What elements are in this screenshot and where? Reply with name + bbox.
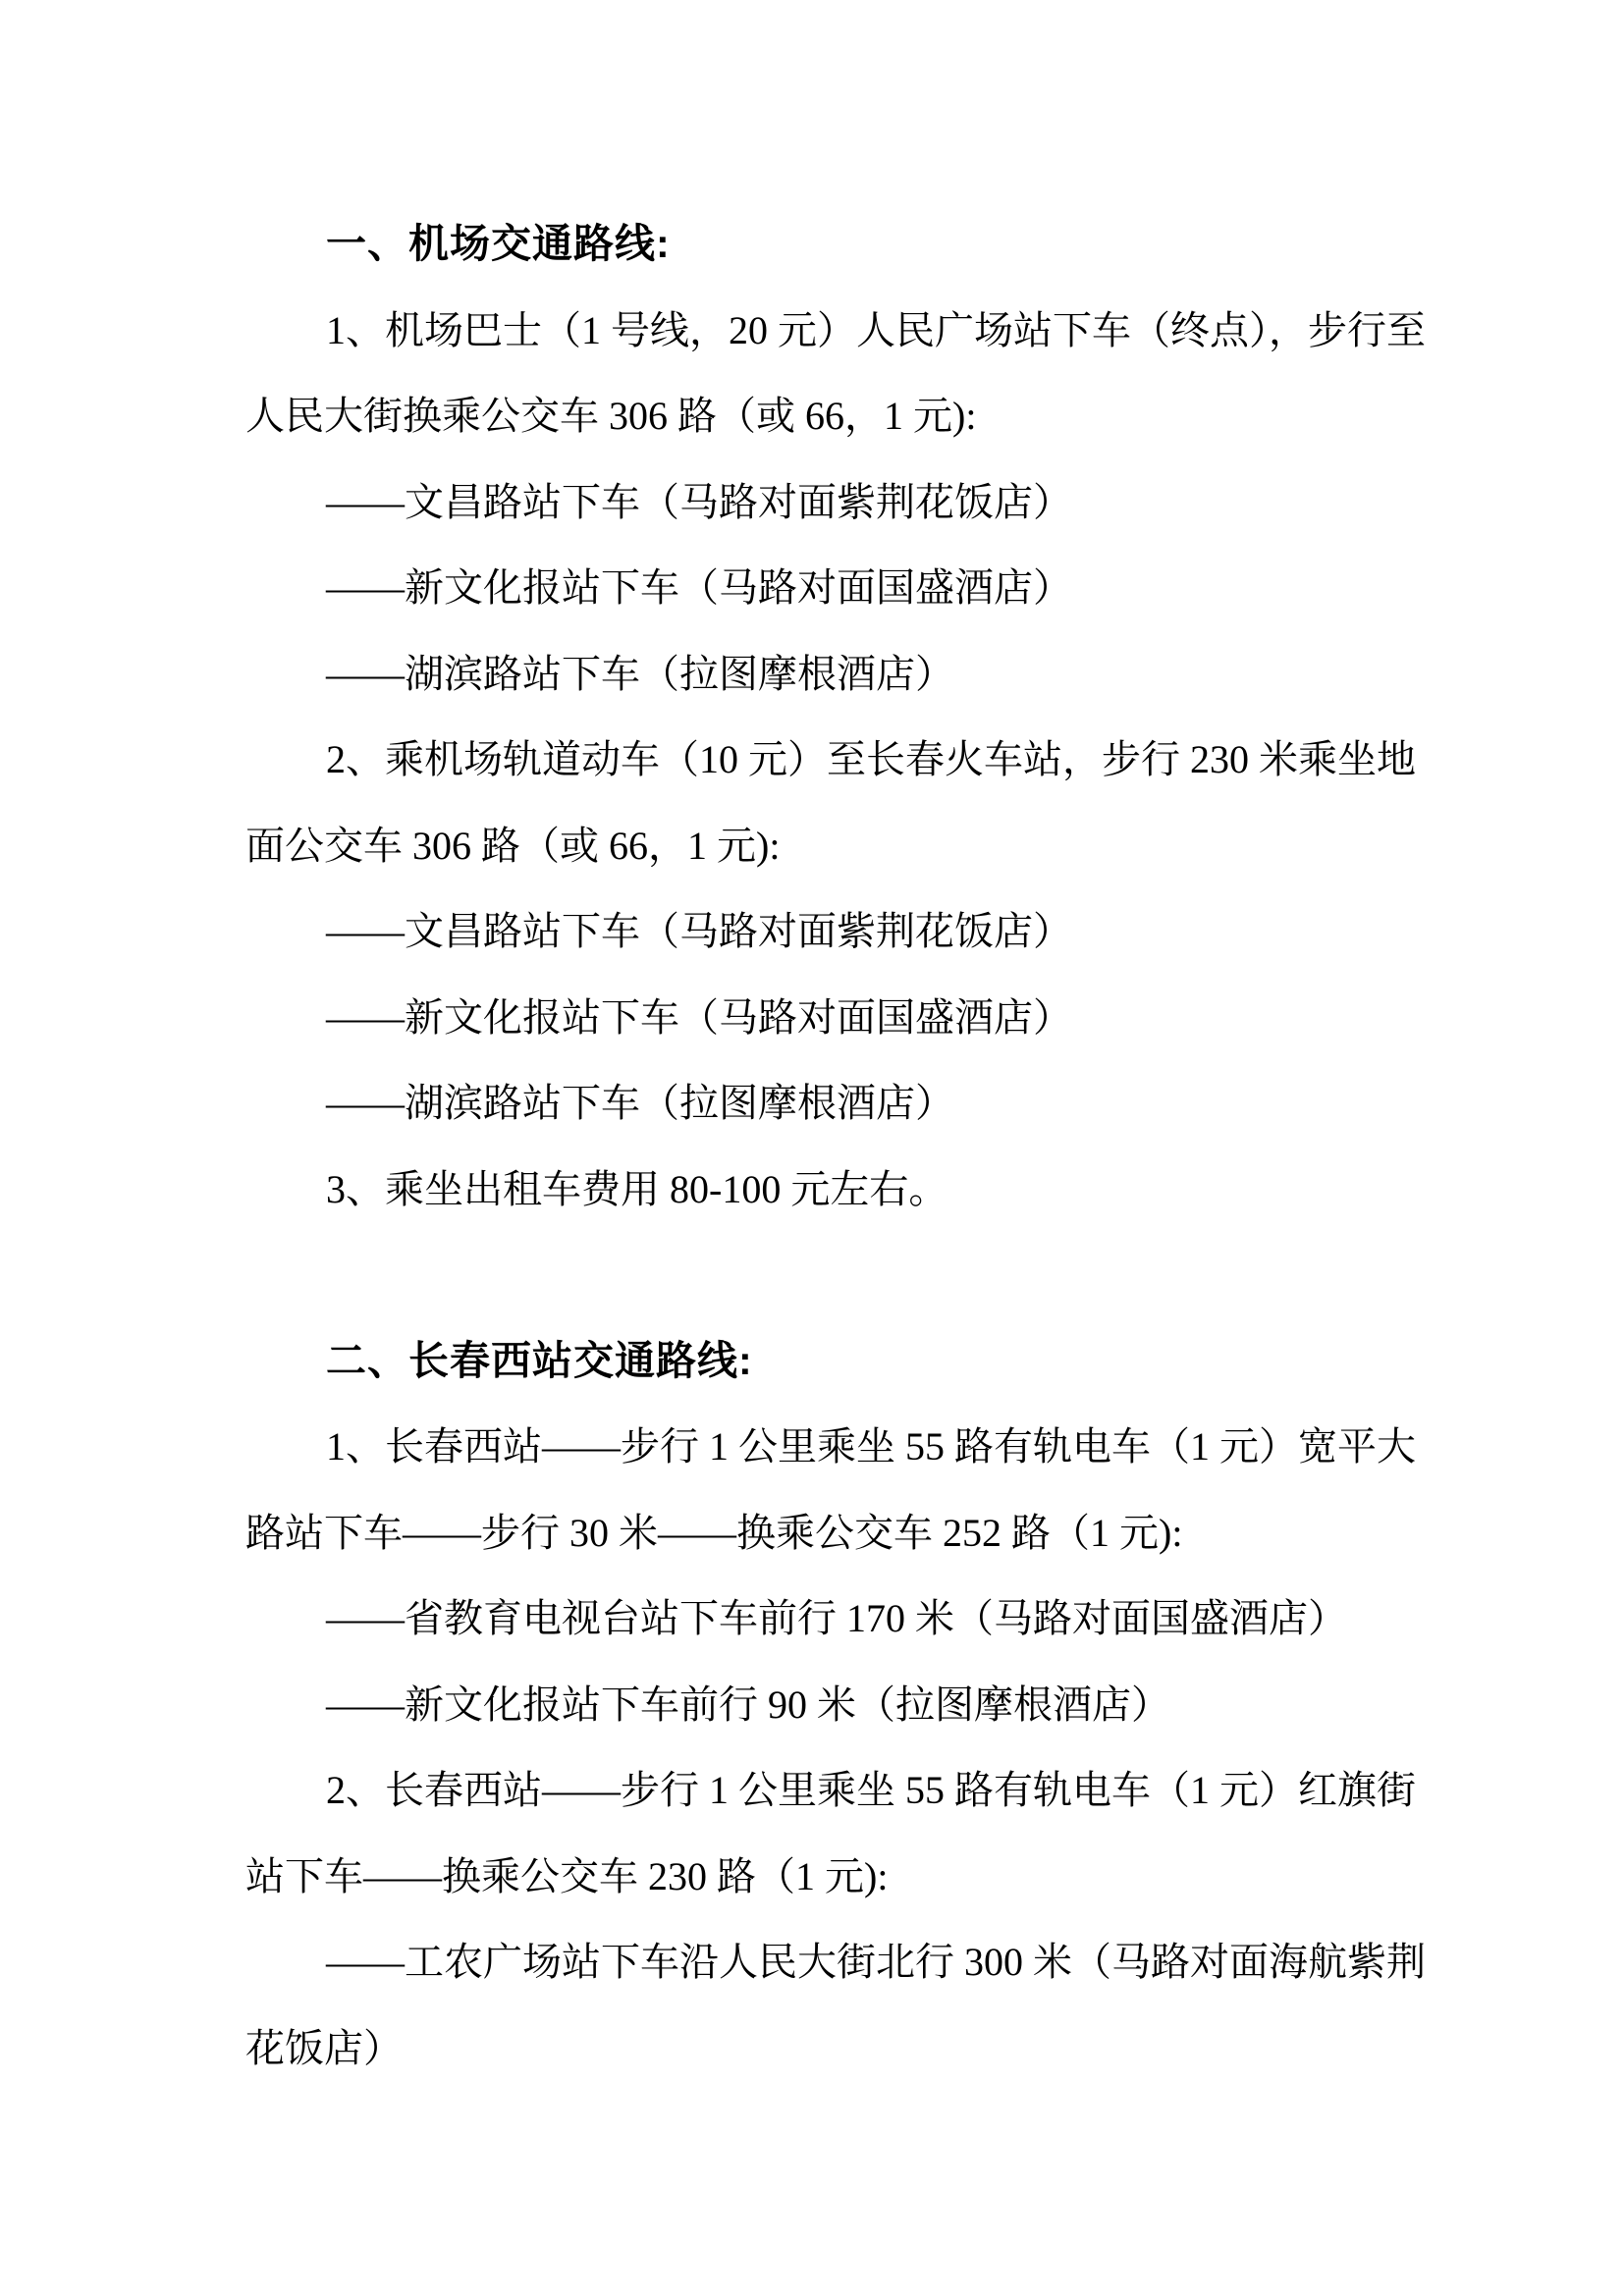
text-line: 花饭店） <box>245 2005 1382 2092</box>
text-line: 人民大街换乘公交车 306 路（或 66，1 元): <box>245 373 1382 459</box>
document-page: 一、机场交通路线: 1、机场巴士（1 号线，20 元）人民广场站下车（终点），步… <box>0 0 1624 2296</box>
text-line: 1、长春西站——步行 1 公里乘坐 55 路有轨电车（1 元）宽平大 <box>245 1404 1382 1490</box>
text-line: ——湖滨路站下车（拉图摩根酒店） <box>245 1060 1382 1147</box>
text-line: 3、乘坐出租车费用 80-100 元左右。 <box>245 1147 1382 1233</box>
section-1-heading: 一、机场交通路线: <box>245 201 1382 288</box>
text-line: 2、乘机场轨道动车（10 元）至长春火车站，步行 230 米乘坐地 <box>245 717 1382 803</box>
text-line: 2、长春西站——步行 1 公里乘坐 55 路有轨电车（1 元）红旗街 <box>245 1747 1382 1834</box>
text-line: ——文昌路站下车（马路对面紫荆花饭店） <box>245 459 1382 546</box>
text-line: ——湖滨路站下车（拉图摩根酒店） <box>245 631 1382 718</box>
document-content: 一、机场交通路线: 1、机场巴士（1 号线，20 元）人民广场站下车（终点），步… <box>245 201 1382 2091</box>
text-line: ——新文化报站下车（马路对面国盛酒店） <box>245 975 1382 1061</box>
section-2-heading: 二、长春西站交通路线: <box>245 1318 1382 1405</box>
text-line: 站下车——换乘公交车 230 路（1 元): <box>245 1834 1382 1920</box>
text-line: ——工农广场站下车沿人民大街北行 300 米（马路对面海航紫荆 <box>245 1919 1382 2005</box>
text-line: 1、机场巴士（1 号线，20 元）人民广场站下车（终点），步行至 <box>245 288 1382 374</box>
text-line: 面公交车 306 路（或 66，1 元): <box>245 803 1382 889</box>
text-line: ——省教育电视台站下车前行 170 米（马路对面国盛酒店） <box>245 1575 1382 1662</box>
text-line: ——新文化报站下车（马路对面国盛酒店） <box>245 545 1382 631</box>
text-line: ——文昌路站下车（马路对面紫荆花饭店） <box>245 888 1382 975</box>
blank-line <box>245 1232 1382 1318</box>
text-line: ——新文化报站下车前行 90 米（拉图摩根酒店） <box>245 1662 1382 1748</box>
text-line: 路站下车——步行 30 米——换乘公交车 252 路（1 元): <box>245 1490 1382 1576</box>
